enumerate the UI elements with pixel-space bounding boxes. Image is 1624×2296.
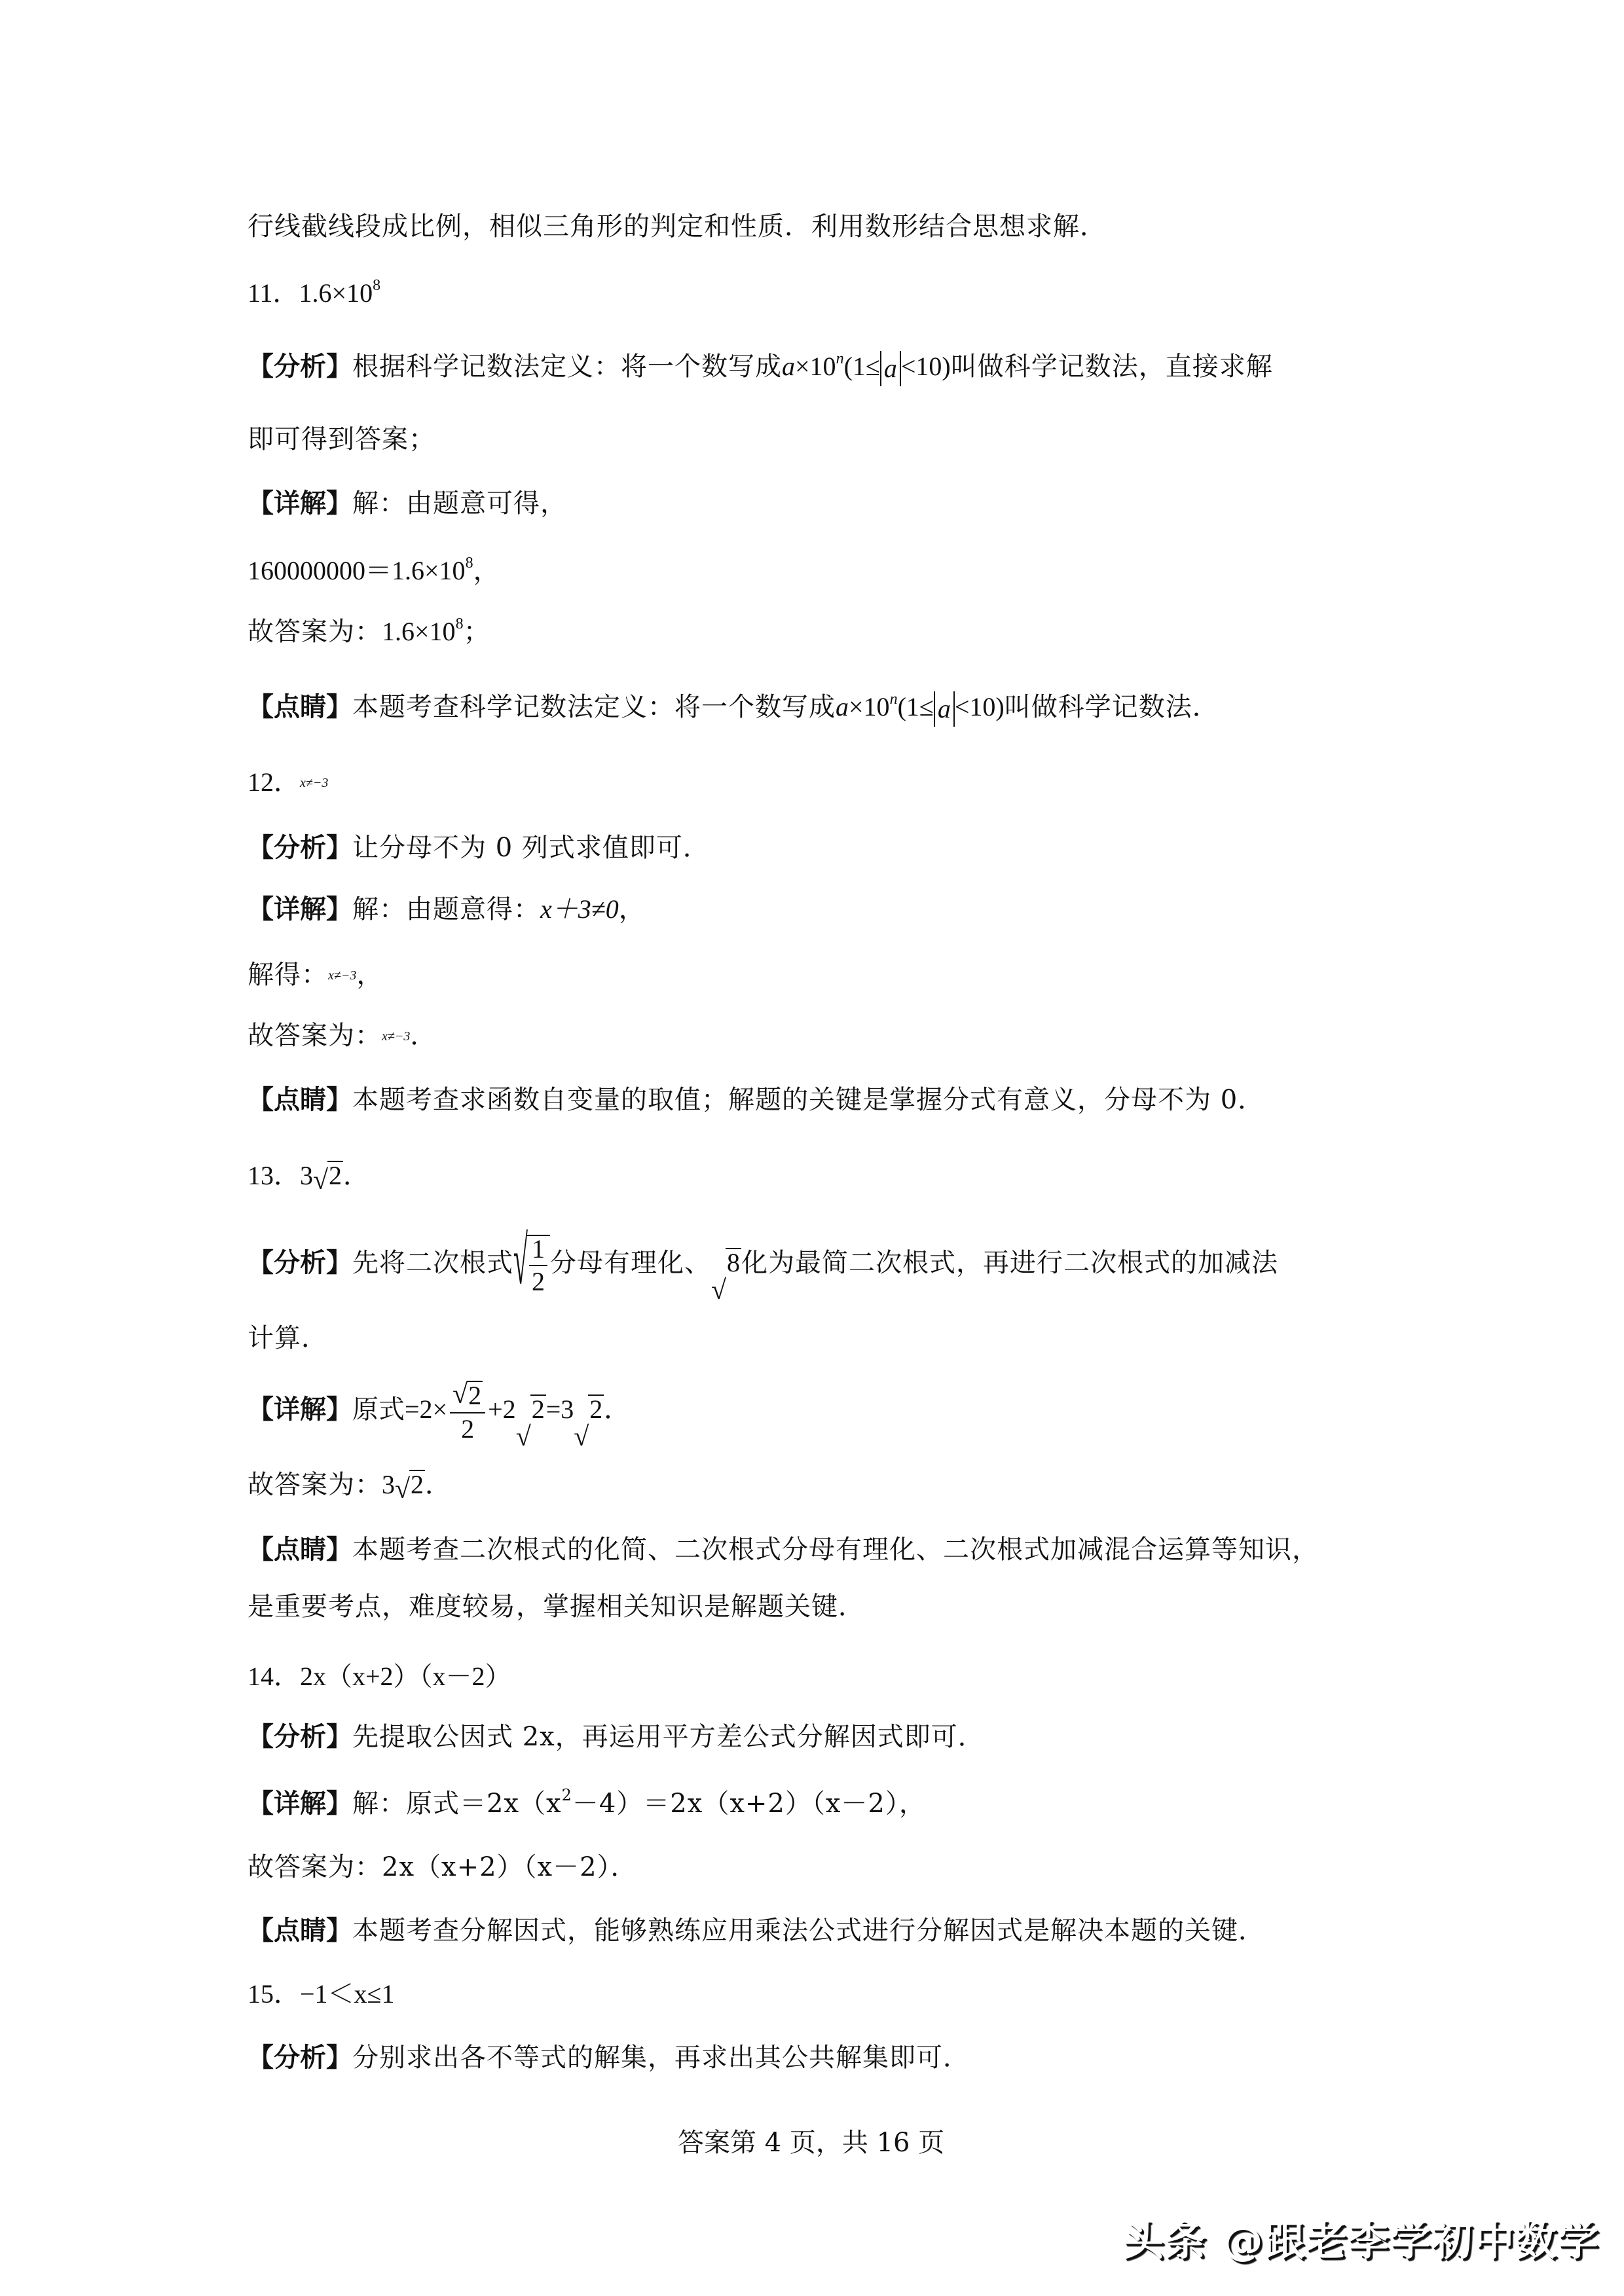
q12-answer: 故答案为：x≠−3． bbox=[248, 1016, 437, 1055]
answer-coef: 3 bbox=[382, 1470, 395, 1499]
radicand: 2 bbox=[588, 1394, 604, 1423]
q11-detail: 【详解】解：由题意可得， bbox=[248, 484, 567, 523]
comment-text: 本题考查分解因式，能够熟练应用乘法公式进行分解因式是解决本题的关键． bbox=[352, 1916, 1265, 1946]
solved-value: x≠−3 bbox=[328, 968, 356, 983]
comment-text: 本题考查科学记数法定义：将一个数写成 bbox=[352, 692, 836, 722]
exponent: 2 bbox=[562, 1786, 572, 1804]
answer-prefix: 故答案为： bbox=[248, 1470, 382, 1500]
detail-text: 解：由题意得： bbox=[352, 894, 540, 924]
q12-analysis: 【分析】让分母不为 0 列式求值即可． bbox=[248, 828, 710, 867]
q14-analysis: 【分析】先提取公因式 2x，再运用平方差公式分解因式即可． bbox=[248, 1717, 985, 1757]
punct: ． bbox=[410, 1021, 437, 1051]
sqrt-expression: √2 bbox=[516, 1367, 546, 1452]
question-number: 13． bbox=[248, 1161, 300, 1190]
punct: ． bbox=[425, 1470, 452, 1500]
comment-label: 【点睛】 bbox=[248, 1534, 352, 1565]
formula-n: n bbox=[890, 691, 898, 708]
formula-abs: a bbox=[880, 351, 901, 386]
detail-label: 【详解】 bbox=[248, 1788, 352, 1819]
answer-value: x≠−3 bbox=[300, 776, 328, 790]
detail-label: 【详解】 bbox=[248, 1394, 352, 1425]
q14-comment: 【点睛】本题考查分解因式，能够熟练应用乘法公式进行分解因式是解决本题的关键． bbox=[248, 1911, 1265, 1950]
q15-analysis: 【分析】分别求出各不等式的解集，再求出其公共解集即可． bbox=[248, 2038, 970, 2077]
answer-value: 1.6×10 bbox=[299, 278, 373, 308]
formula-close: <10) bbox=[955, 692, 1005, 721]
q13-analysis: 【分析】先将二次根式√12分母有理化、√8化为最简二次根式，再进行二次根式的加减… bbox=[248, 1220, 1278, 1305]
detail-text-end: －4）＝2x（x+2）（x－2）， bbox=[572, 1789, 926, 1819]
q12-solved: 解得：x≠−3， bbox=[248, 955, 383, 994]
question-number: 11． bbox=[248, 278, 299, 308]
q12-answer-line: 12．x≠−3 bbox=[248, 763, 328, 802]
q13-answer: 故答案为：3√2． bbox=[248, 1465, 452, 1504]
q13-comment-cont: 是重要考点，难度较易，掌握相关知识是解题关键． bbox=[248, 1587, 865, 1626]
q11-analysis: 【分析】根据科学记数法定义：将一个数写成a×10n(1≤a<10)叫做科学记数法… bbox=[248, 347, 1273, 386]
detail-expr: 原式=2× bbox=[352, 1394, 447, 1424]
q13-analysis-cont: 计算． bbox=[248, 1319, 328, 1358]
detail-label: 【详解】 bbox=[248, 894, 352, 924]
exponent: 8 bbox=[466, 555, 473, 572]
radical-sign-icon: √ bbox=[395, 1476, 410, 1503]
exponent: 8 bbox=[456, 615, 464, 632]
sqrt-expression: √2 bbox=[395, 1465, 425, 1504]
q11-analysis-cont: 即可得到答案； bbox=[248, 420, 435, 459]
analysis-text: 先提取公因式 2x，再运用平方差公式分解因式即可． bbox=[352, 1722, 985, 1752]
q11-comment: 【点睛】本题考查科学记数法定义：将一个数写成a×10n(1≤a<10)叫做科学记… bbox=[248, 687, 1219, 727]
sqrt-8: √8 bbox=[711, 1220, 741, 1305]
detail-mid: +2 bbox=[488, 1394, 516, 1424]
q11-equation: 160000000＝1.6×108， bbox=[248, 551, 500, 591]
answer-prefix: 故答案为： bbox=[248, 617, 382, 647]
q11-answer: 故答案为：1.6×108； bbox=[248, 612, 490, 651]
detail-math: x＋3≠0 bbox=[540, 894, 619, 924]
q13-comment: 【点睛】本题考查二次根式的化简、二次根式分母有理化、二次根式加减混合运算等知识， bbox=[248, 1530, 1319, 1569]
radical-sign-icon: √ bbox=[574, 1423, 589, 1451]
answer-value: 2x（x+2）（x－2） bbox=[300, 1662, 511, 1691]
q14-answer-line: 14．2x（x+2）（x－2） bbox=[248, 1657, 511, 1696]
answer-prefix: 故答案为： bbox=[248, 1852, 382, 1882]
answer-value: −1＜x≤1 bbox=[300, 1979, 395, 2009]
q15-answer-line: 15．−1＜x≤1 bbox=[248, 1975, 395, 2014]
analysis-label: 【分析】 bbox=[248, 2042, 352, 2073]
numerator: 1 bbox=[529, 1236, 547, 1266]
analysis-text: 分别求出各不等式的解集，再求出其公共解集即可． bbox=[352, 2043, 970, 2073]
equation: 160000000＝1.6×10 bbox=[248, 556, 466, 585]
punct: ； bbox=[464, 617, 490, 647]
formula-open: (1≤ bbox=[898, 692, 934, 721]
q12-detail: 【详解】解：由题意得：x＋3≠0， bbox=[248, 890, 646, 929]
answer-prefix: 故答案为： bbox=[248, 1021, 382, 1051]
radical-sign-icon: √ bbox=[516, 1423, 531, 1451]
analysis-label: 【分析】 bbox=[248, 1247, 352, 1278]
question-number: 14． bbox=[248, 1662, 300, 1691]
formula-abs: a bbox=[934, 691, 955, 727]
radicand: 2 bbox=[327, 1161, 343, 1190]
sqrt-expression: √2 bbox=[313, 1156, 343, 1195]
formula-n: n bbox=[836, 350, 844, 367]
answer-value: 1.6×10 bbox=[382, 617, 456, 646]
denominator: 2 bbox=[532, 1266, 545, 1295]
radical-sign-icon: √ bbox=[452, 1381, 468, 1408]
comment-text-end: 叫做科学记数法． bbox=[1005, 692, 1219, 722]
sqrt-expression: √2 bbox=[574, 1367, 604, 1452]
formula-close: <10) bbox=[901, 352, 951, 381]
punct: ． bbox=[343, 1161, 369, 1190]
punct: ， bbox=[473, 556, 500, 585]
analysis-text-end: 叫做科学记数法，直接求解 bbox=[951, 352, 1273, 382]
analysis-label: 【分析】 bbox=[248, 832, 352, 863]
question-number: 12． bbox=[248, 767, 300, 797]
radicand: 8 bbox=[726, 1248, 741, 1277]
detail-label: 【详解】 bbox=[248, 488, 352, 519]
punct: ． bbox=[604, 1394, 631, 1425]
exponent: 8 bbox=[373, 277, 380, 294]
detail-text: 解：原式＝2x（x bbox=[352, 1789, 562, 1819]
detail-text: 解：由题意可得， bbox=[352, 488, 567, 519]
sqrt-fraction: √12 bbox=[513, 1235, 550, 1295]
comment-label: 【点睛】 bbox=[248, 1084, 352, 1115]
formula-times: ×10 bbox=[849, 692, 890, 721]
watermark: 头条 @跟老李学初中数学 bbox=[1123, 2216, 1600, 2266]
analysis-label: 【分析】 bbox=[248, 351, 352, 382]
radicand: 2 bbox=[530, 1394, 546, 1423]
question-number: 15． bbox=[248, 1979, 300, 2009]
analysis-text: 先将二次根式 bbox=[352, 1248, 513, 1278]
radicand: 2 bbox=[409, 1470, 425, 1499]
continuation-text: 行线截线段成比例，相似三角形的判定和性质．利用数形结合思想求解． bbox=[248, 207, 1107, 246]
comment-text: 本题考查求函数自变量的取值；解题的关键是掌握分式有意义，分母不为 0． bbox=[352, 1085, 1264, 1115]
radical-sign-icon: √ bbox=[313, 1167, 328, 1194]
page-footer: 答案第 4 页，共 16 页 bbox=[678, 2123, 944, 2162]
q14-answer: 故答案为：2x（x+2）（x－2）． bbox=[248, 1848, 638, 1887]
formula-a: a bbox=[782, 352, 795, 381]
punct: ， bbox=[356, 960, 383, 990]
comment-text: 本题考查二次根式的化简、二次根式分母有理化、二次根式加减混合运算等知识， bbox=[352, 1535, 1319, 1565]
formula-a: a bbox=[836, 692, 849, 721]
formula-times: ×10 bbox=[795, 352, 836, 381]
comment-label: 【点睛】 bbox=[248, 1915, 352, 1946]
analysis-text: 根据科学记数法定义：将一个数写成 bbox=[352, 352, 782, 382]
q11-answer-line: 11．1.6×108 bbox=[248, 274, 380, 313]
analysis-text-mid: 分母有理化、 bbox=[550, 1248, 711, 1278]
formula-open: (1≤ bbox=[844, 352, 880, 381]
answer-value: 2x（x+2）（x－2）． bbox=[382, 1852, 638, 1882]
q13-detail: 【详解】原式=2×√22+2√2=3√2． bbox=[248, 1367, 631, 1452]
comment-label: 【点睛】 bbox=[248, 691, 352, 722]
detail-eq: =3 bbox=[546, 1394, 574, 1424]
q13-answer-line: 13．3√2． bbox=[248, 1156, 369, 1195]
analysis-label: 【分析】 bbox=[248, 1721, 352, 1752]
radical-sign-icon: √ bbox=[711, 1277, 726, 1304]
answer-value: x≠−3 bbox=[382, 1029, 410, 1044]
q14-detail: 【详解】解：原式＝2x（x2－4）＝2x（x+2）（x－2）， bbox=[248, 1784, 926, 1823]
radical-sign-icon: √ bbox=[513, 1227, 528, 1295]
analysis-text-end: 化为最简二次根式，再进行二次根式的加减法 bbox=[741, 1248, 1278, 1278]
solved-prefix: 解得： bbox=[248, 960, 328, 990]
radicand: 2 bbox=[467, 1381, 483, 1410]
q12-comment: 【点睛】本题考查求函数自变量的取值；解题的关键是掌握分式有意义，分母不为 0． bbox=[248, 1080, 1264, 1120]
fraction: √22 bbox=[450, 1381, 485, 1442]
answer-coef: 3 bbox=[300, 1161, 313, 1190]
denominator: 2 bbox=[461, 1413, 474, 1442]
analysis-text: 让分母不为 0 列式求值即可． bbox=[352, 833, 710, 863]
punct: ， bbox=[619, 894, 646, 924]
